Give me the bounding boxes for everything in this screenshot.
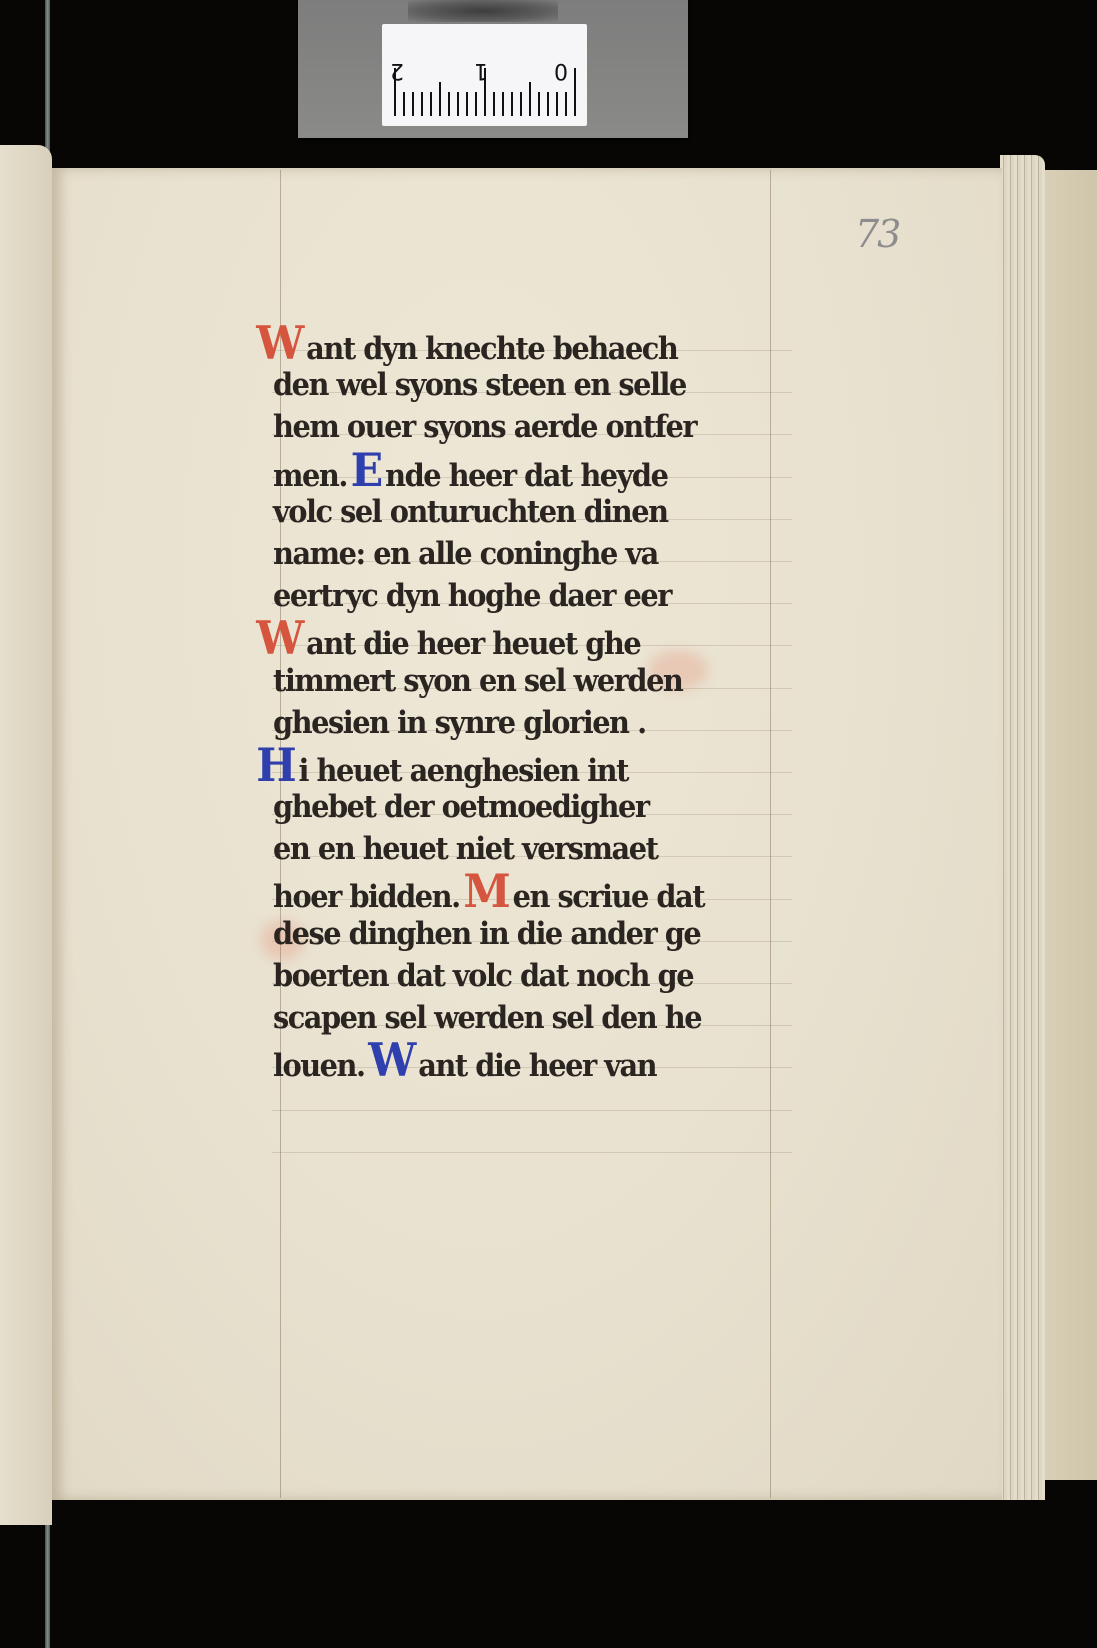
- manuscript-text: Want dyn knechte behaech den wel syons s…: [273, 322, 803, 1081]
- ruler-tick: [448, 92, 450, 116]
- line-text: ant die heer van: [418, 1048, 656, 1084]
- line-text: scapen sel werden sel den he: [273, 1000, 701, 1036]
- ruler-tick: [547, 92, 549, 116]
- text-line: scapen sel werden sel den he: [273, 997, 766, 1039]
- ruler-tick: [466, 92, 468, 116]
- folio-number: 73: [855, 212, 899, 256]
- ruler-tick: [520, 92, 522, 116]
- line-text: volc sel onturuchten dinen: [273, 494, 668, 530]
- ruler-tick: [412, 92, 414, 116]
- line-text: men.: [273, 458, 347, 494]
- scale-card-photo: [408, 0, 558, 22]
- ruler-tick: [511, 92, 513, 116]
- ruler-tick: [403, 92, 405, 116]
- ruling-line: [272, 1110, 792, 1111]
- ruler-tick: [457, 92, 459, 116]
- ruler-tick: [502, 92, 504, 116]
- text-line: men.Ende heer dat heyde: [273, 449, 766, 491]
- text-line: timmert syon en sel werden: [273, 660, 766, 702]
- ruling-line: [272, 1152, 792, 1153]
- text-line: en en heuet niet versmaet: [273, 828, 766, 870]
- ruler-tick: [493, 92, 495, 116]
- initial-red: W: [256, 617, 304, 659]
- book-binding: [1040, 170, 1097, 1480]
- text-line: Want die heer heuet ghe: [273, 617, 766, 659]
- ruler-tick: [538, 92, 540, 116]
- ruler-tick: [430, 92, 432, 116]
- text-line: Hi heuet aenghesien int: [273, 744, 766, 786]
- text-line: den wel syons steen en selle: [273, 364, 766, 406]
- line-text: i heuet aenghesien int: [299, 753, 628, 789]
- line-text: boerten dat volc dat noch ge: [273, 958, 693, 994]
- text-line: boerten dat volc dat noch ge: [273, 955, 766, 997]
- line-text: nde heer dat heyde: [385, 458, 667, 494]
- ruler-tick: [439, 82, 441, 116]
- ruler-tick: [574, 68, 576, 116]
- ruler-tick: [565, 92, 567, 116]
- initial-blue: H: [256, 744, 296, 786]
- text-line: ghebet der oetmoedigher: [273, 786, 766, 828]
- line-text: den wel syons steen en selle: [273, 367, 686, 403]
- line-text: dese dinghen in die ander ge: [273, 916, 700, 952]
- text-line: eertryc dyn hoghe daer eer: [273, 575, 766, 617]
- centimeter-ruler: 2 1 0: [382, 24, 587, 126]
- text-line: hem ouer syons aerde ontfer: [273, 406, 766, 448]
- initial-blue: W: [368, 1039, 416, 1081]
- line-text: ant dyn knechte behaech: [306, 331, 677, 367]
- page-fore-edge: [1000, 155, 1045, 1500]
- line-text: ant die heer heuet ghe: [306, 626, 640, 662]
- line-text: eertryc dyn hoghe daer eer: [273, 578, 671, 614]
- text-line: name: en alle coninghe va: [273, 533, 766, 575]
- line-text: timmert syon en sel werden: [273, 663, 682, 699]
- line-text: ghebet der oetmoedigher: [273, 789, 649, 825]
- text-line: dese dinghen in die ander ge: [273, 913, 766, 955]
- line-text: hem ouer syons aerde ontfer: [273, 409, 696, 445]
- initial-red: W: [256, 322, 304, 364]
- line-text: ghesien in synre glorien .: [273, 705, 646, 741]
- color-scale-card: 2 1 0: [298, 0, 688, 138]
- ruler-tick: [484, 68, 486, 116]
- text-line: hoer bidden.Men scriue dat: [273, 870, 766, 912]
- text-line: louen.Want die heer van: [273, 1039, 766, 1081]
- ruler-tick: [556, 92, 558, 116]
- ruler-ticks: [394, 66, 575, 116]
- line-text: en scriue dat: [513, 879, 704, 915]
- ruler-tick: [394, 68, 396, 116]
- text-line: Want dyn knechte behaech: [273, 322, 766, 364]
- line-text: hoer bidden.: [273, 879, 460, 915]
- line-text: louen.: [273, 1048, 365, 1084]
- line-text: en en heuet niet versmaet: [273, 831, 657, 867]
- initial-red: M: [463, 870, 510, 912]
- facing-page-edge: [0, 145, 52, 1525]
- ruler-tick: [475, 92, 477, 116]
- ruler-tick: [529, 82, 531, 116]
- text-line: ghesien in synre glorien .: [273, 702, 766, 744]
- line-text: name: en alle coninghe va: [273, 536, 658, 572]
- text-line: volc sel onturuchten dinen: [273, 491, 766, 533]
- initial-blue: E: [351, 449, 384, 491]
- ruler-tick: [421, 92, 423, 116]
